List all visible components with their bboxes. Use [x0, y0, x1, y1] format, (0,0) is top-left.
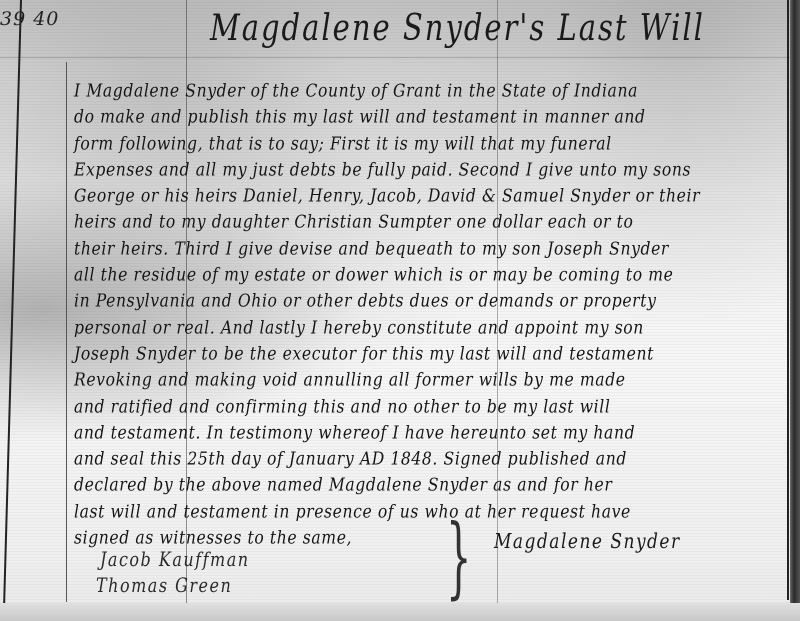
paper-fold-line — [0, 57, 800, 58]
scan-bottom-edge — [0, 603, 800, 621]
right-margin-rule — [787, 0, 789, 600]
scan-right-edge-shadow — [790, 0, 800, 621]
document-title: Magdalene Snyder's Last Will — [210, 6, 705, 49]
left-margin-rule — [3, 0, 22, 610]
witness-signature: Jacob Kauffman — [100, 548, 250, 571]
text-line: and testament. In testimony whereof I ha… — [74, 418, 774, 447]
text-line: Expenses and all my just debts be fully … — [74, 155, 774, 184]
text-line: Revoking and making void annulling all f… — [74, 366, 774, 395]
witness-signature: Thomas Green — [96, 574, 232, 597]
page-number: 39 40 — [0, 8, 59, 30]
inner-margin-rule — [66, 62, 67, 602]
will-body-text: I Magdalene Snyder of the County of Gran… — [74, 78, 774, 551]
text-line: personal or real. And lastly I hereby co… — [74, 313, 774, 342]
scanned-document-page: 39 40 Magdalene Snyder's Last Will I Mag… — [0, 0, 800, 621]
text-line: last will and testament in presence of u… — [74, 497, 774, 526]
text-line: and ratified and confirming this and no … — [74, 392, 774, 421]
testator-signature: Magdalene Snyder — [494, 530, 681, 554]
text-line: in Pensylvania and Ohio or other debts d… — [74, 287, 774, 316]
text-line: their heirs. Third I give devise and beq… — [74, 234, 774, 263]
witness-brace: } — [446, 508, 471, 609]
text-line: form following, that is to say; First it… — [74, 129, 774, 158]
text-line: heirs and to my daughter Christian Sumpt… — [74, 208, 774, 237]
text-line: Joseph Snyder to be the executor for thi… — [74, 339, 774, 368]
text-line: declared by the above named Magdalene Sn… — [74, 471, 774, 500]
text-line: do make and publish this my last will an… — [74, 103, 774, 132]
